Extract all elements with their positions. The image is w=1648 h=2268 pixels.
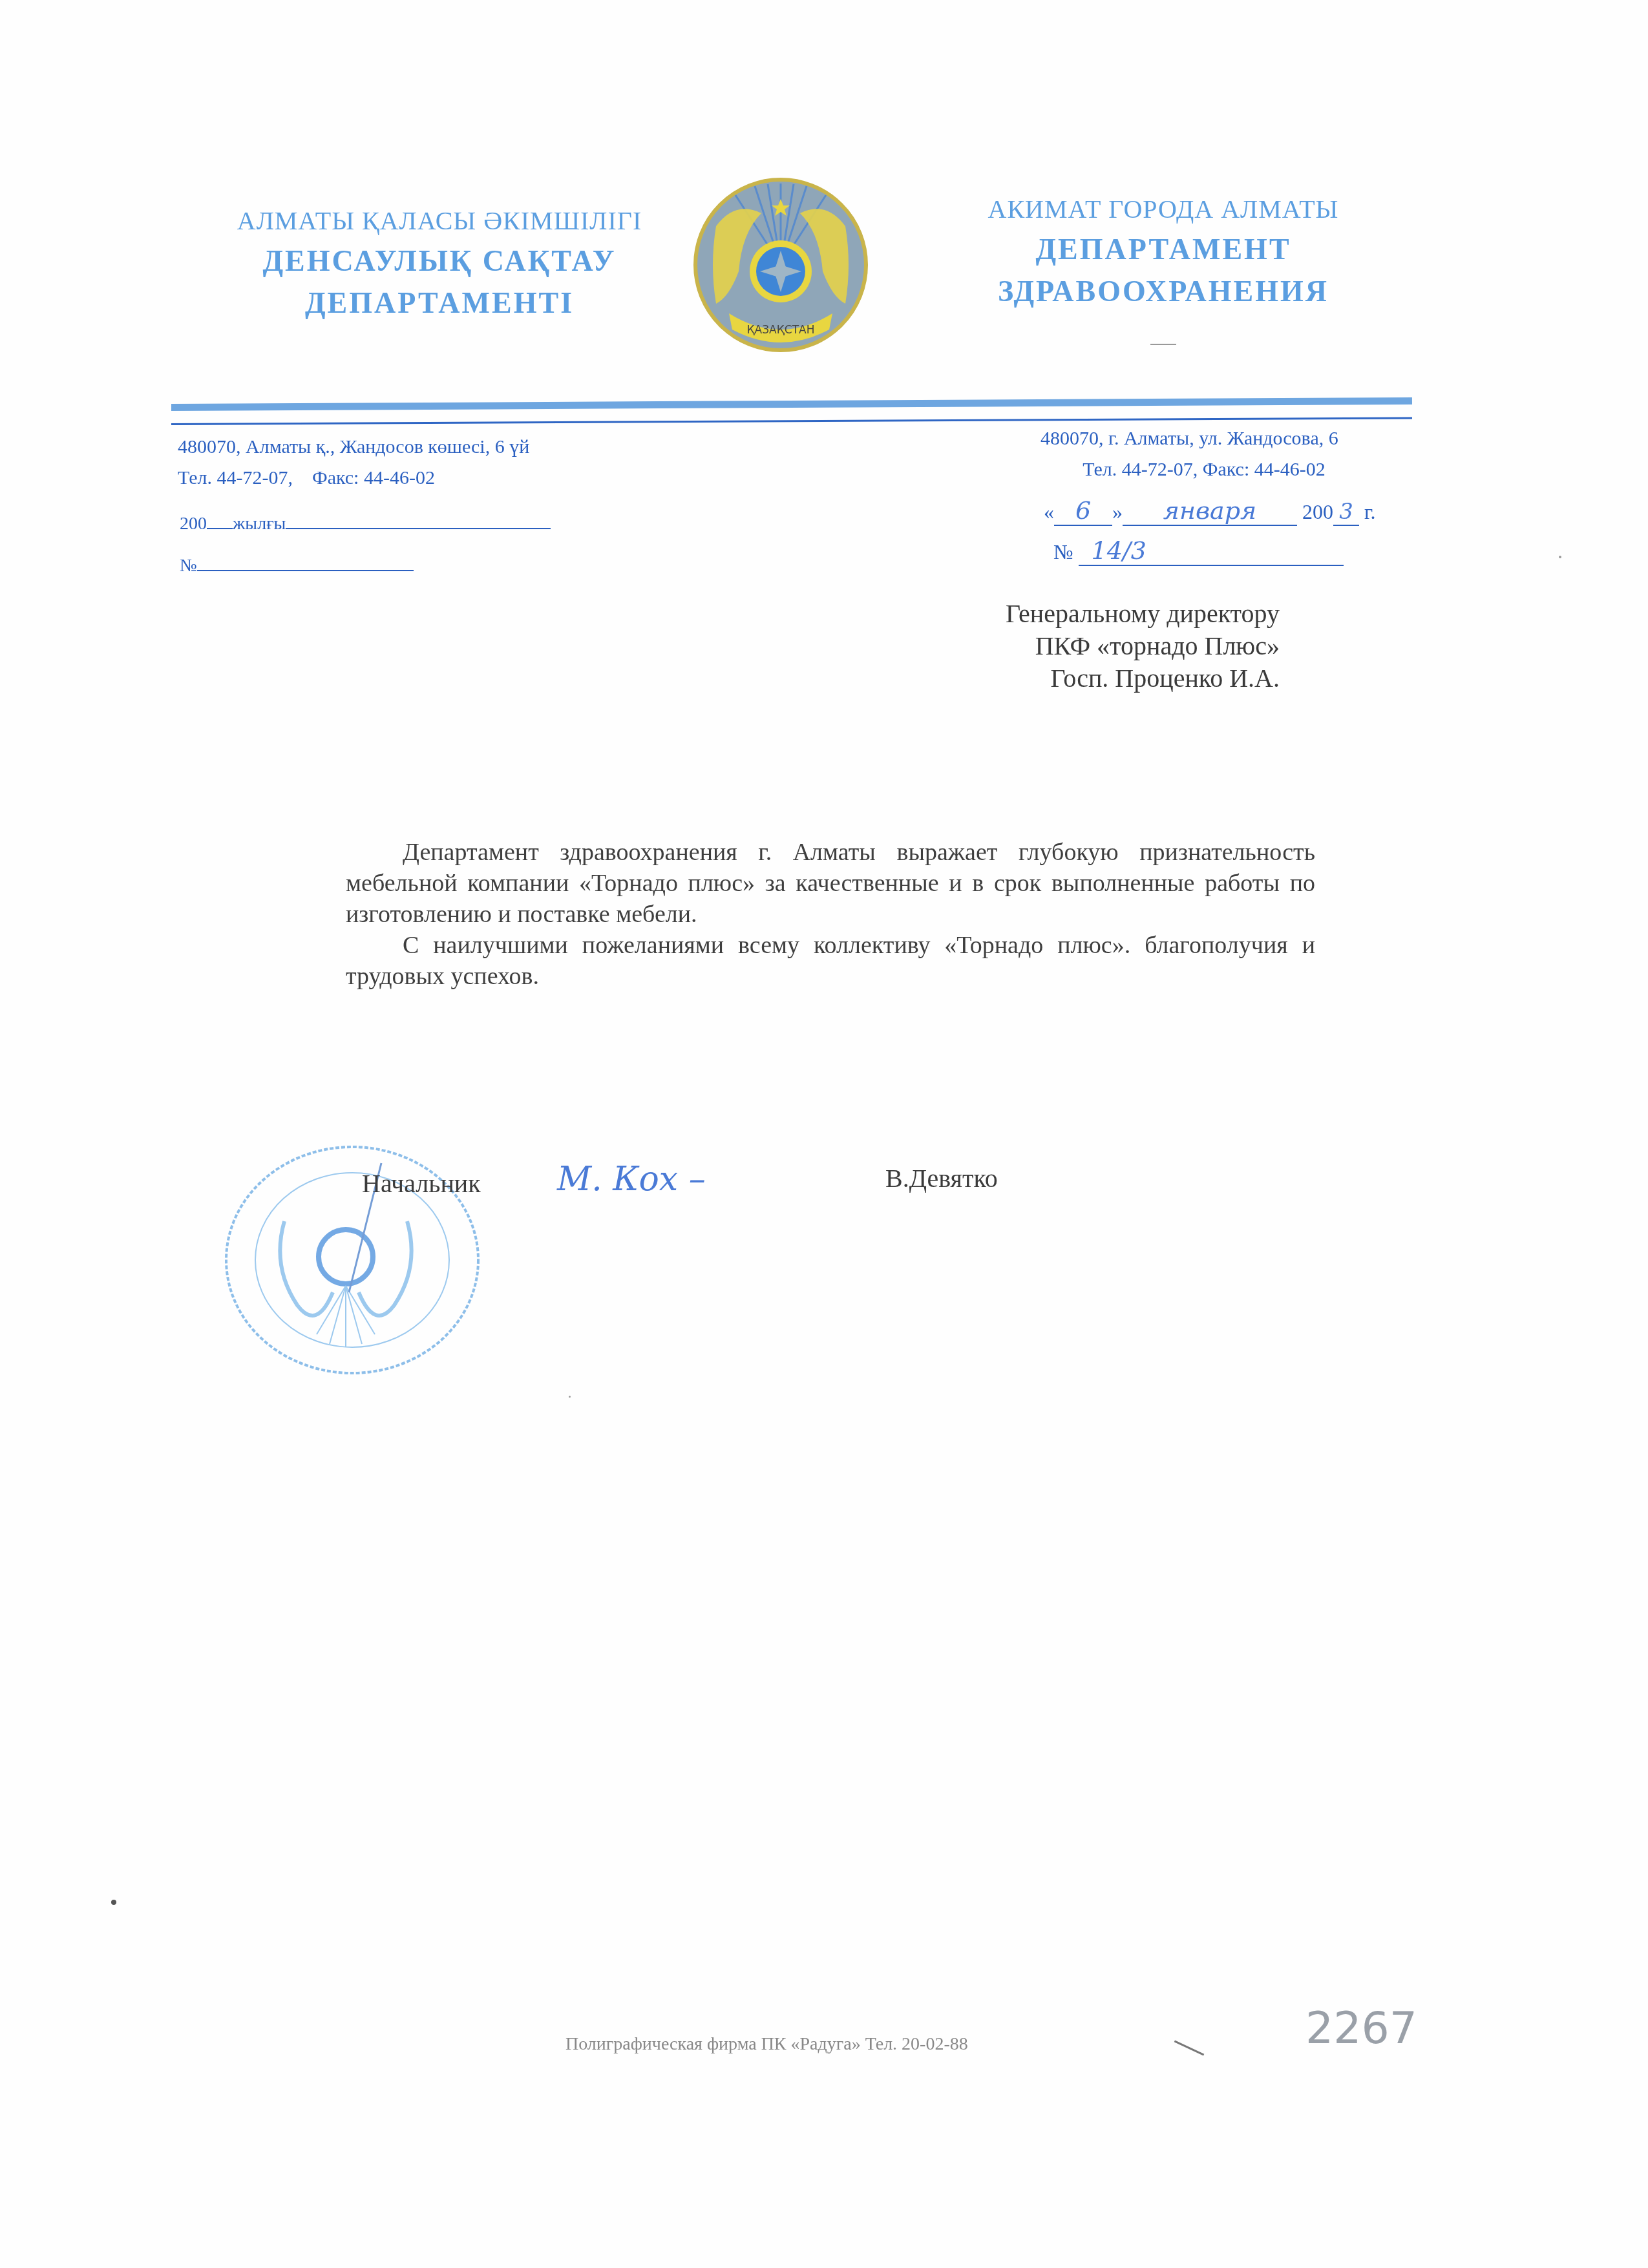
number-field-kazakh: № (180, 556, 414, 576)
signatory-name: В.Девятко (885, 1163, 998, 1193)
scan-mark (1174, 2041, 1205, 2056)
address-kazakh-street: 480070, Алматы қ., Жандосов көшесі, 6 үй (178, 432, 529, 463)
letterhead-russian-line1: АКИМАТ ГОРОДА АЛМАТЫ (905, 194, 1422, 224)
scan-mark (1150, 344, 1176, 345)
sheet-number: 2267 (1305, 2003, 1417, 2054)
letterhead-kazakh-line3: ДЕПАРТАМЕНТІ (194, 286, 685, 320)
address-kazakh-phone: Тел. 44-72-07, Факс: 44-46-02 (178, 463, 529, 494)
address-kazakh: 480070, Алматы қ., Жандосов көшесі, 6 үй… (178, 432, 529, 494)
scan-speck (111, 1900, 116, 1905)
date-year-handwritten: 3 (1333, 499, 1359, 526)
address-russian-street: 480070, г. Алматы, ул. Жандосова, 6 (1041, 423, 1338, 454)
recipient-name: Госп. Проценко И.А. (956, 662, 1280, 695)
recipient-company: ПКФ «торнадо Плюс» (956, 630, 1280, 662)
letterhead-kazakh: АЛМАТЫ ҚАЛАСЫ ӘКІМШІЛІГІ ДЕНСАУЛЫҚ САҚТА… (194, 205, 685, 328)
date-field-kazakh: 200жылғы (180, 514, 551, 534)
letterhead-russian: АКИМАТ ГОРОДА АЛМАТЫ ДЕПАРТАМЕНТ ЗДРАВОО… (905, 194, 1422, 316)
letterhead-russian-line3: ЗДРАВООХРАНЕНИЯ (905, 274, 1422, 308)
address-russian: 480070, г. Алматы, ул. Жандосова, 6 Тел.… (1041, 423, 1338, 485)
date-day-handwritten: 6 (1054, 496, 1112, 526)
kazakhstan-emblem-icon: ҚАЗАҚСТАН (690, 174, 871, 355)
letter-page: АЛМАТЫ ҚАЛАСЫ ӘКІМШІЛІГІ ДЕНСАУЛЫҚ САҚТА… (0, 0, 1648, 2268)
recipient-position: Генеральному директору (956, 598, 1280, 630)
letter-body: Департамент здравоохранения г. Алматы вы… (346, 837, 1315, 992)
body-paragraph: Департамент здравоохранения г. Алматы вы… (346, 837, 1315, 930)
body-paragraph: С наилучшими пожеланиями всему коллектив… (346, 930, 1315, 992)
handwritten-signature: М. Кох – (557, 1160, 706, 1199)
header-divider-thick (171, 397, 1412, 411)
letterhead-kazakh-line1: АЛМАТЫ ҚАЛАСЫ ӘКІМШІЛІГІ (194, 205, 685, 236)
date-month-handwritten: января (1123, 496, 1297, 526)
scan-speck (1559, 556, 1561, 558)
signatory-title: Начальник (362, 1168, 481, 1199)
recipient-block: Генеральному директору ПКФ «торнадо Плюс… (956, 598, 1280, 695)
reference-number-handwritten: 14/3 (1079, 536, 1344, 566)
address-russian-phone: Тел. 44-72-07, Факс: 44-46-02 (1041, 454, 1338, 485)
number-field-russian: № 14/3 (1053, 536, 1344, 566)
svg-text:ҚАЗАҚСТАН: ҚАЗАҚСТАН (747, 324, 815, 337)
printer-imprint: Полиграфическая фирма ПК «Радуга» Тел. 2… (565, 2034, 968, 2055)
date-field-russian: «6»января 2003 г. (1044, 496, 1376, 526)
letterhead-russian-line2: ДЕПАРТАМЕНТ (905, 232, 1422, 266)
letterhead-kazakh-line2: ДЕНСАУЛЫҚ САҚТАУ (194, 244, 685, 278)
scan-speck (569, 1396, 571, 1398)
